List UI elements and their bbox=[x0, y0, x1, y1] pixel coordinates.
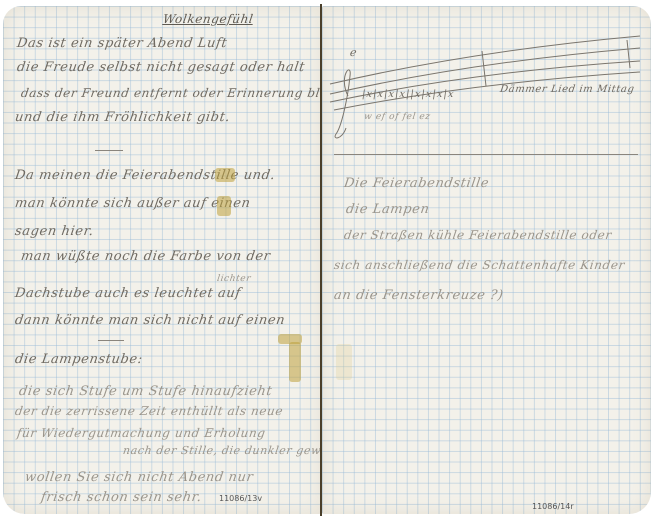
underline-mark bbox=[98, 340, 124, 341]
handwritten-line: und die ihm Fröhlichkeit gibt. bbox=[14, 110, 231, 125]
music-caption: Dämmer Lied im Mittag bbox=[499, 84, 635, 95]
handwritten-line: Das ist ein später Abend Luft bbox=[16, 36, 228, 51]
rhythm-marks: |x|x|x|x||x|x|x|x bbox=[361, 89, 455, 100]
left-notebook-page: Wolkengefühl Das ist ein später Abend Lu… bbox=[3, 6, 321, 514]
handwritten-line: der die zerrissene Zeit enthüllt als neu… bbox=[14, 404, 284, 418]
handwritten-line: an die Fensterkreuze ?) bbox=[333, 288, 505, 303]
handwritten-line: die Freude selbst nicht gesagt oder halt bbox=[16, 60, 306, 75]
right-notebook-page: e |x|x|x|x||x|x|x|x w ef of fel ez Dämme… bbox=[322, 6, 651, 514]
handwritten-line: man könnte sich außer auf einen bbox=[14, 196, 252, 211]
stain-mark bbox=[215, 168, 235, 182]
handwritten-line: die sich Stufe um Stufe hinaufzieht bbox=[18, 384, 273, 399]
handwritten-line: sich anschließend die Schattenhafte Kind… bbox=[333, 258, 626, 272]
handwritten-line: wollen Sie sich nicht Abend nur bbox=[24, 470, 254, 485]
handwritten-line: dann könnte man sich nicht auf einen bbox=[14, 313, 286, 328]
stain-mark bbox=[289, 342, 301, 382]
handwritten-line: die Lampen bbox=[345, 202, 431, 217]
handwritten-line: dass der Freund entfernt oder Erinnerung… bbox=[20, 86, 347, 100]
handwritten-line: für Wiedergutmachung und Erholung bbox=[16, 426, 267, 440]
handwritten-line: der Straßen kühle Feierabendstille oder bbox=[343, 228, 613, 242]
rhythm-marks-secondary: w ef of fel ez bbox=[363, 112, 431, 122]
left-page-title: Wolkengefühl bbox=[162, 12, 254, 26]
handwritten-line: die Lampenstube: bbox=[14, 352, 144, 367]
handwritten-line: Dachstube auch es leuchtet auf bbox=[14, 286, 242, 301]
handwritten-line: frisch schon sein sehr. bbox=[40, 490, 203, 505]
shelfmark-label: 11086/14r bbox=[532, 502, 574, 511]
handwritten-line: sagen hier. bbox=[14, 224, 95, 239]
stain-mark bbox=[336, 344, 352, 380]
handwritten-line: Da meinen die Feierabendstille und. bbox=[14, 168, 276, 183]
divider-line bbox=[334, 154, 638, 155]
underline-mark bbox=[95, 150, 123, 151]
music-staff-sketch bbox=[322, 6, 651, 156]
interlinear-note: lichter bbox=[216, 274, 251, 284]
shelfmark-label: 11086/13v bbox=[219, 494, 262, 503]
handwritten-line: Die Feierabendstille bbox=[343, 176, 490, 191]
stain-mark bbox=[217, 196, 231, 216]
handwritten-line: man wüßte noch die Farbe von der bbox=[20, 249, 272, 264]
